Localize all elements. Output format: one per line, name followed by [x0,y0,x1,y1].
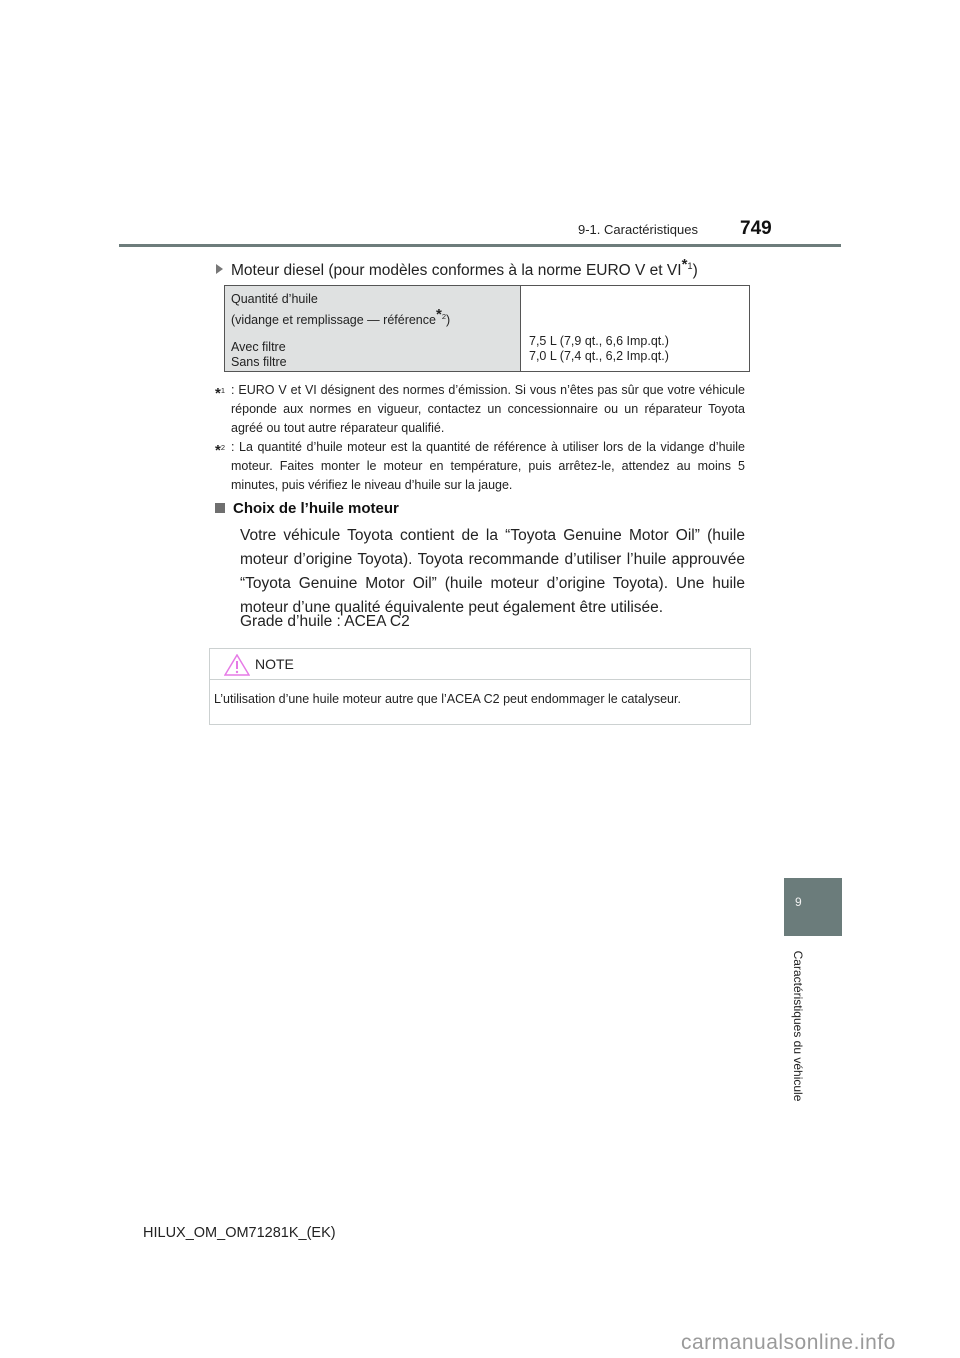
chapter-tab: 9 [784,878,842,936]
note-header: NOTE [210,649,750,680]
table-row-value: 7,0 L (7,4 qt., 6,2 Imp.qt.) [529,349,743,364]
footnote-ref: *1 [682,261,693,271]
table-row-value: 7,5 L (7,9 qt., 6,6 Imp.qt.) [529,334,743,349]
chapter-number: 9 [795,895,802,909]
oil-grade: Grade d’huile : ACEA C2 [240,613,410,631]
chapter-label: Caractéristiques du véhicule [790,944,806,1108]
bullet-heading: Moteur diesel (pour modèles conformes à … [216,256,698,280]
document-code: HILUX_OM_OM71281K_(EK) [143,1225,336,1241]
note-box: NOTE L’utilisation d’une huile moteur au… [209,648,751,725]
oil-capacity-table: Quantité d’huile (vidange et remplissage… [224,285,750,372]
note-title: NOTE [255,656,294,672]
footnote-1: *1 : EURO V et VI désignent des normes d… [215,381,745,438]
page-number: 749 [740,218,772,240]
table-label-cell: Quantité d’huile (vidange et remplissage… [225,286,521,372]
square-bullet-icon [215,503,225,513]
bullet-heading-text: Moteur diesel (pour modèles conformes à … [231,262,682,279]
note-text: L’utilisation d’une huile moteur autre q… [214,692,681,706]
table-row-label: Sans filtre [231,355,514,370]
footnote-2: *2 : La quantité d’huile moteur est la q… [215,438,745,495]
table-row-label: Avec filtre [231,340,514,355]
warning-triangle-icon [224,654,250,681]
triangle-bullet-icon [216,264,223,274]
header-section-title: 9-1. Caractéristiques [578,222,698,237]
section-heading: Choix de l’huile moteur [215,500,399,517]
section-paragraph: Votre véhicule Toyota contient de la “To… [240,524,745,620]
watermark: carmanualsonline.info [681,1331,896,1355]
header-divider [119,244,841,247]
table-value-cell: 7,5 L (7,9 qt., 6,6 Imp.qt.) 7,0 L (7,4 … [521,286,750,372]
